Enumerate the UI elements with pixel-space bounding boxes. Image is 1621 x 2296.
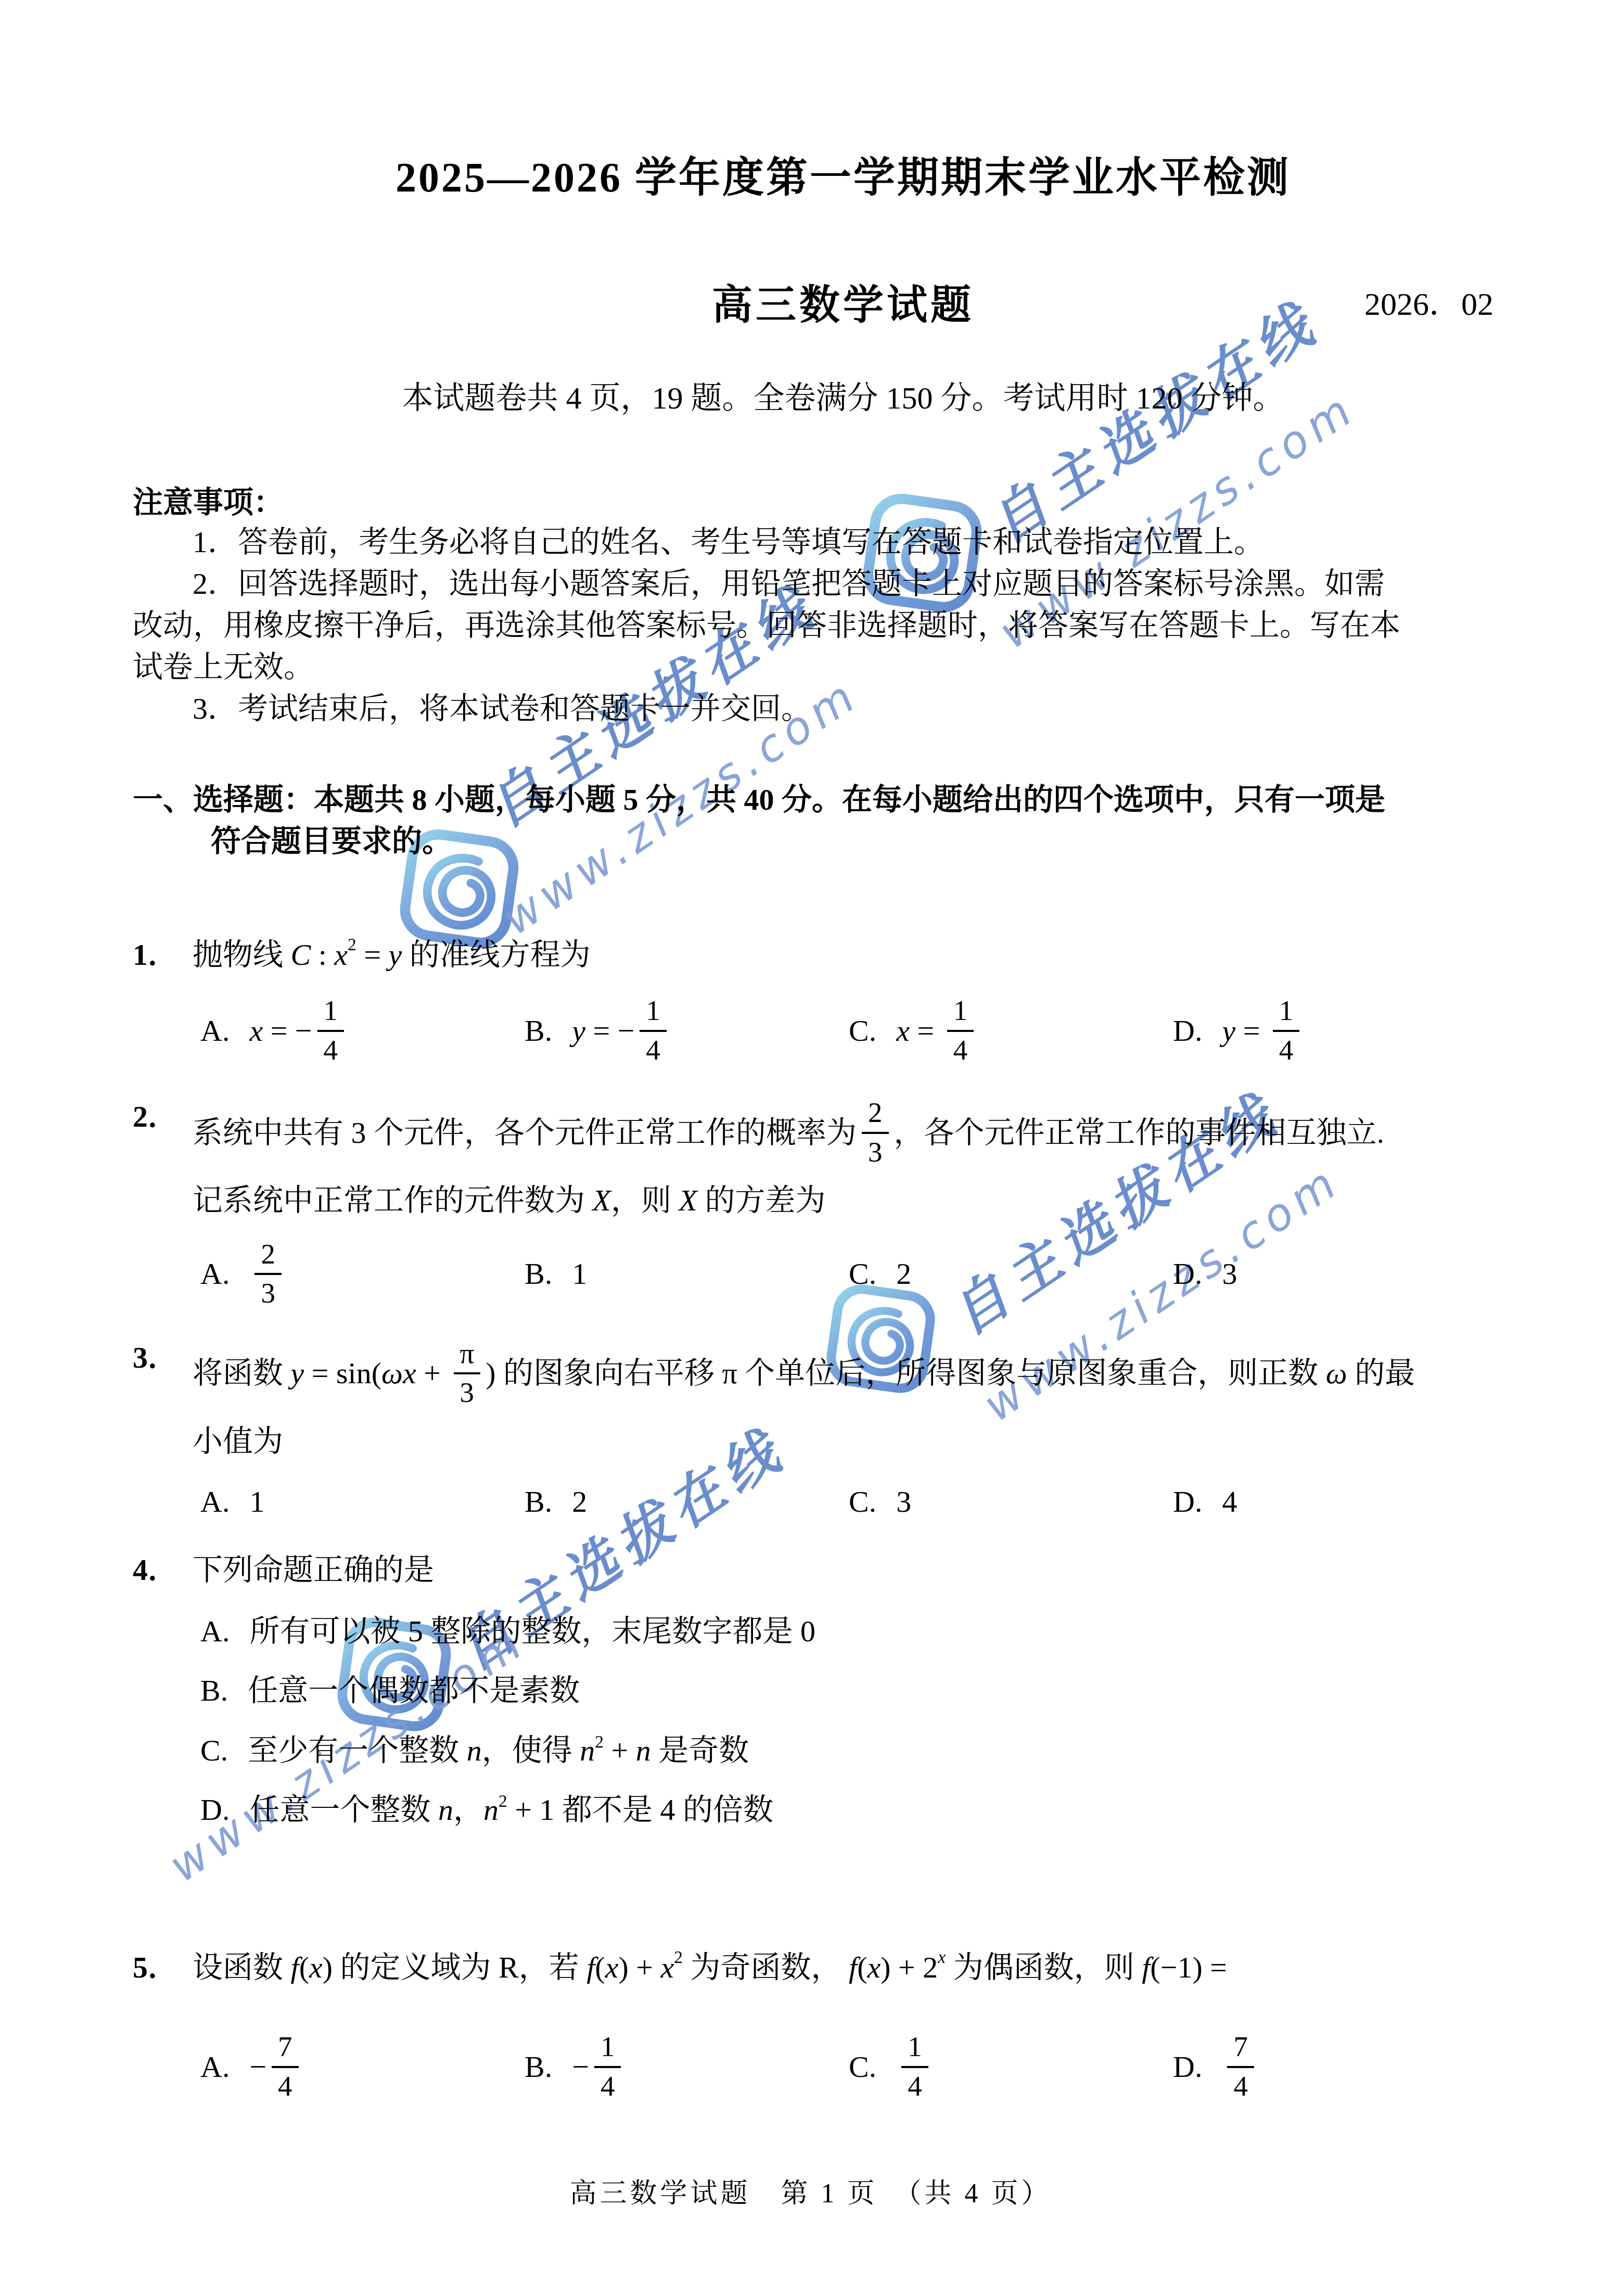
question-1: 1． 抛物线 C : x2 = y 的准线方程为 A.x = −14 B.y =… <box>133 935 1553 1066</box>
option-label: D. <box>200 1792 229 1828</box>
question-stem: 下列命题正确的是 <box>193 1550 1553 1589</box>
option-label: C. <box>849 1013 876 1048</box>
option-content: 14 <box>896 2031 934 2102</box>
option-content: 任意一个偶数都不是素数 <box>248 1673 580 1709</box>
option-label: D. <box>1173 1256 1202 1291</box>
fraction: 23 <box>862 1097 889 1168</box>
section-header-line: 符合题目要求的。 <box>133 821 1553 862</box>
option-content: −14 <box>572 2031 626 2102</box>
option-content: 至少有一个整数 n，使得 n2 + n 是奇数 <box>248 1732 749 1769</box>
option-content: x = 14 <box>896 995 979 1066</box>
option-content: x = −14 <box>249 995 349 1066</box>
option: C.3 <box>849 1484 1173 1519</box>
option-label: A. <box>200 1484 229 1519</box>
page-footer: 高三数学试题 第 1 页 （共 4 页） <box>0 2171 1621 2210</box>
option: B.1 <box>525 1256 849 1291</box>
option-content: 所有可以被 5 整除的整数，末尾数字都是 0 <box>249 1613 815 1650</box>
fraction: 14 <box>901 2031 928 2102</box>
option: A.−74 <box>200 2031 525 2102</box>
question-number: 5． <box>133 1948 193 1987</box>
notice-line: 3．考试结束后，将本试卷和答题卡一并交回。 <box>133 688 1553 730</box>
option-content: 3 <box>1222 1256 1237 1291</box>
exam-date: 2026．02 <box>1364 278 1494 324</box>
option-label: B. <box>525 1256 552 1291</box>
options-stack: A.所有可以被 5 整除的整数，末尾数字都是 0 B.任意一个偶数都不是素数 C… <box>200 1613 1553 1828</box>
fraction: 14 <box>640 995 667 1066</box>
page-title: 2025—2026 学年度第一学期期末学业水平检测 <box>133 156 1553 200</box>
fraction: 14 <box>1273 995 1300 1066</box>
section-header: 一、选择题：本题共 8 小题，每小题 5 分，共 40 分。在每小题给出的四个选… <box>133 779 1553 862</box>
notice-line: 2．回答选择题时，选出每小题答案后，用铅笔把答题卡上对应题目的答案标号涂黑。如需 <box>133 563 1553 605</box>
option-content: y = 14 <box>1222 995 1305 1066</box>
question-stem: 抛物线 C : x2 = y 的准线方程为 <box>193 935 1553 974</box>
question-4: 4． 下列命题正确的是 A.所有可以被 5 整除的整数，末尾数字都是 0 B.任… <box>133 1550 1553 1828</box>
option: B.−14 <box>525 2031 849 2102</box>
options-row: A.x = −14 B.y = −14 C.x = 14 D.y = 14 <box>200 995 1553 1066</box>
option: C.14 <box>849 2031 1173 2102</box>
option-label: A. <box>200 1613 229 1650</box>
question-number: 4． <box>133 1550 193 1589</box>
option-label: B. <box>200 1673 228 1709</box>
question-number: 2． <box>133 1097 193 1136</box>
option: A.23 <box>200 1239 525 1309</box>
option-content: −74 <box>249 2031 303 2102</box>
option-label: C. <box>200 1732 228 1769</box>
option-label: B. <box>525 1013 552 1048</box>
question-number: 3． <box>133 1338 193 1377</box>
option: D.3 <box>1173 1256 1497 1291</box>
option-label: A. <box>200 1013 229 1048</box>
option-label: B. <box>525 2049 552 2084</box>
page-subtitle: 高三数学试题 <box>133 273 1553 331</box>
option-label: C. <box>849 2049 876 2084</box>
option-label: B. <box>525 1484 552 1519</box>
fraction: π3 <box>453 1338 480 1409</box>
fraction: 74 <box>1227 2031 1254 2102</box>
question-2: 2． 系统中共有 3 个元件，各个元件正常工作的概率为23，各个元件正常工作的事… <box>133 1097 1553 1309</box>
option: A.x = −14 <box>200 995 525 1066</box>
notice-line: 试卷上无效。 <box>133 646 1553 688</box>
options-row: A.1 B.2 C.3 D.4 <box>200 1484 1553 1519</box>
question-stem: 设函数 f(x) 的定义域为 R，若 f(x) + x2 为奇函数， f(x) … <box>193 1948 1553 1987</box>
option-content: 2 <box>896 1256 911 1291</box>
option-content: 1 <box>572 1256 587 1291</box>
option: C.x = 14 <box>849 995 1173 1066</box>
option: B.y = −14 <box>525 995 849 1066</box>
option: D.4 <box>1173 1484 1497 1519</box>
notice-line: 改动，用橡皮擦干净后，再选涂其他答案标号。回答非选择题时，将答案写在答题卡上。写… <box>133 605 1553 646</box>
question-stem: 将函数 y = sin(ωx + π3) 的图象向右平移 π 个单位后，所得图象… <box>193 1338 1553 1409</box>
option: A.1 <box>200 1484 525 1519</box>
options-row: A.−74 B.−14 C.14 D.74 <box>200 2031 1553 2102</box>
section-header-line: 一、选择题：本题共 8 小题，每小题 5 分，共 40 分。在每小题给出的四个选… <box>133 779 1553 821</box>
notice-line: 1．答卷前，考生务必将自己的姓名、考生号等填写在答题卡和试卷指定位置上。 <box>133 521 1553 563</box>
option: B.2 <box>525 1484 849 1519</box>
options-row: A.23 B.1 C.2 D.3 <box>200 1239 1553 1309</box>
info-line: 本试题卷共 4 页，19 题。全卷满分 150 分。考试用时 120 分钟。 <box>133 373 1553 418</box>
notice-heading: 注意事项： <box>133 478 1553 521</box>
question-stem: 系统中共有 3 个元件，各个元件正常工作的概率为23，各个元件正常工作的事件相互… <box>193 1097 1553 1168</box>
option-content: 23 <box>249 1239 287 1309</box>
question-5: 5． 设函数 f(x) 的定义域为 R，若 f(x) + x2 为奇函数， f(… <box>133 1948 1553 2102</box>
option-content: 74 <box>1222 2031 1259 2102</box>
option-label: C. <box>849 1256 876 1291</box>
question-stem-line2: 小值为 <box>193 1422 1553 1461</box>
option: B.任意一个偶数都不是素数 <box>200 1673 1553 1709</box>
page-content: 2025—2026 学年度第一学期期末学业水平检测 高三数学试题 2026．02… <box>0 156 1621 2102</box>
subtitle-row: 高三数学试题 2026．02 <box>133 273 1553 318</box>
option-content: 2 <box>572 1484 587 1519</box>
question-number: 1． <box>133 935 193 974</box>
option: C.2 <box>849 1256 1173 1291</box>
option-label: A. <box>200 2049 229 2084</box>
fraction: 23 <box>254 1239 282 1309</box>
exam-page: 自主选拔在线 www.zizzs.com 自主选拔在线 www.zizzs.co… <box>0 0 1621 2296</box>
option-label: D. <box>1173 2049 1202 2084</box>
option: D.任意一个整数 n，n2 + 1 都不是 4 的倍数 <box>200 1792 1553 1828</box>
option: A.所有可以被 5 整除的整数，末尾数字都是 0 <box>200 1613 1553 1650</box>
question-3: 3． 将函数 y = sin(ωx + π3) 的图象向右平移 π 个单位后，所… <box>133 1338 1553 1519</box>
fraction: 14 <box>317 995 344 1066</box>
option-content: 1 <box>249 1484 264 1519</box>
fraction: 14 <box>947 995 974 1066</box>
option-label: D. <box>1173 1013 1202 1048</box>
question-stem-line2: 记系统中正常工作的元件数为 X，则 X 的方差为 <box>193 1181 1553 1220</box>
option: D.74 <box>1173 2031 1497 2102</box>
option: C.至少有一个整数 n，使得 n2 + n 是奇数 <box>200 1732 1553 1769</box>
fraction: 14 <box>594 2031 621 2102</box>
fraction: 74 <box>272 2031 299 2102</box>
option-label: A. <box>200 1256 229 1291</box>
option-content: 4 <box>1222 1484 1237 1519</box>
option-content: 3 <box>896 1484 911 1519</box>
option: D.y = 14 <box>1173 995 1497 1066</box>
option-label: C. <box>849 1484 876 1519</box>
option-content: 任意一个整数 n，n2 + 1 都不是 4 的倍数 <box>249 1792 773 1828</box>
option-label: D. <box>1173 1484 1202 1519</box>
option-content: y = −14 <box>572 995 672 1066</box>
